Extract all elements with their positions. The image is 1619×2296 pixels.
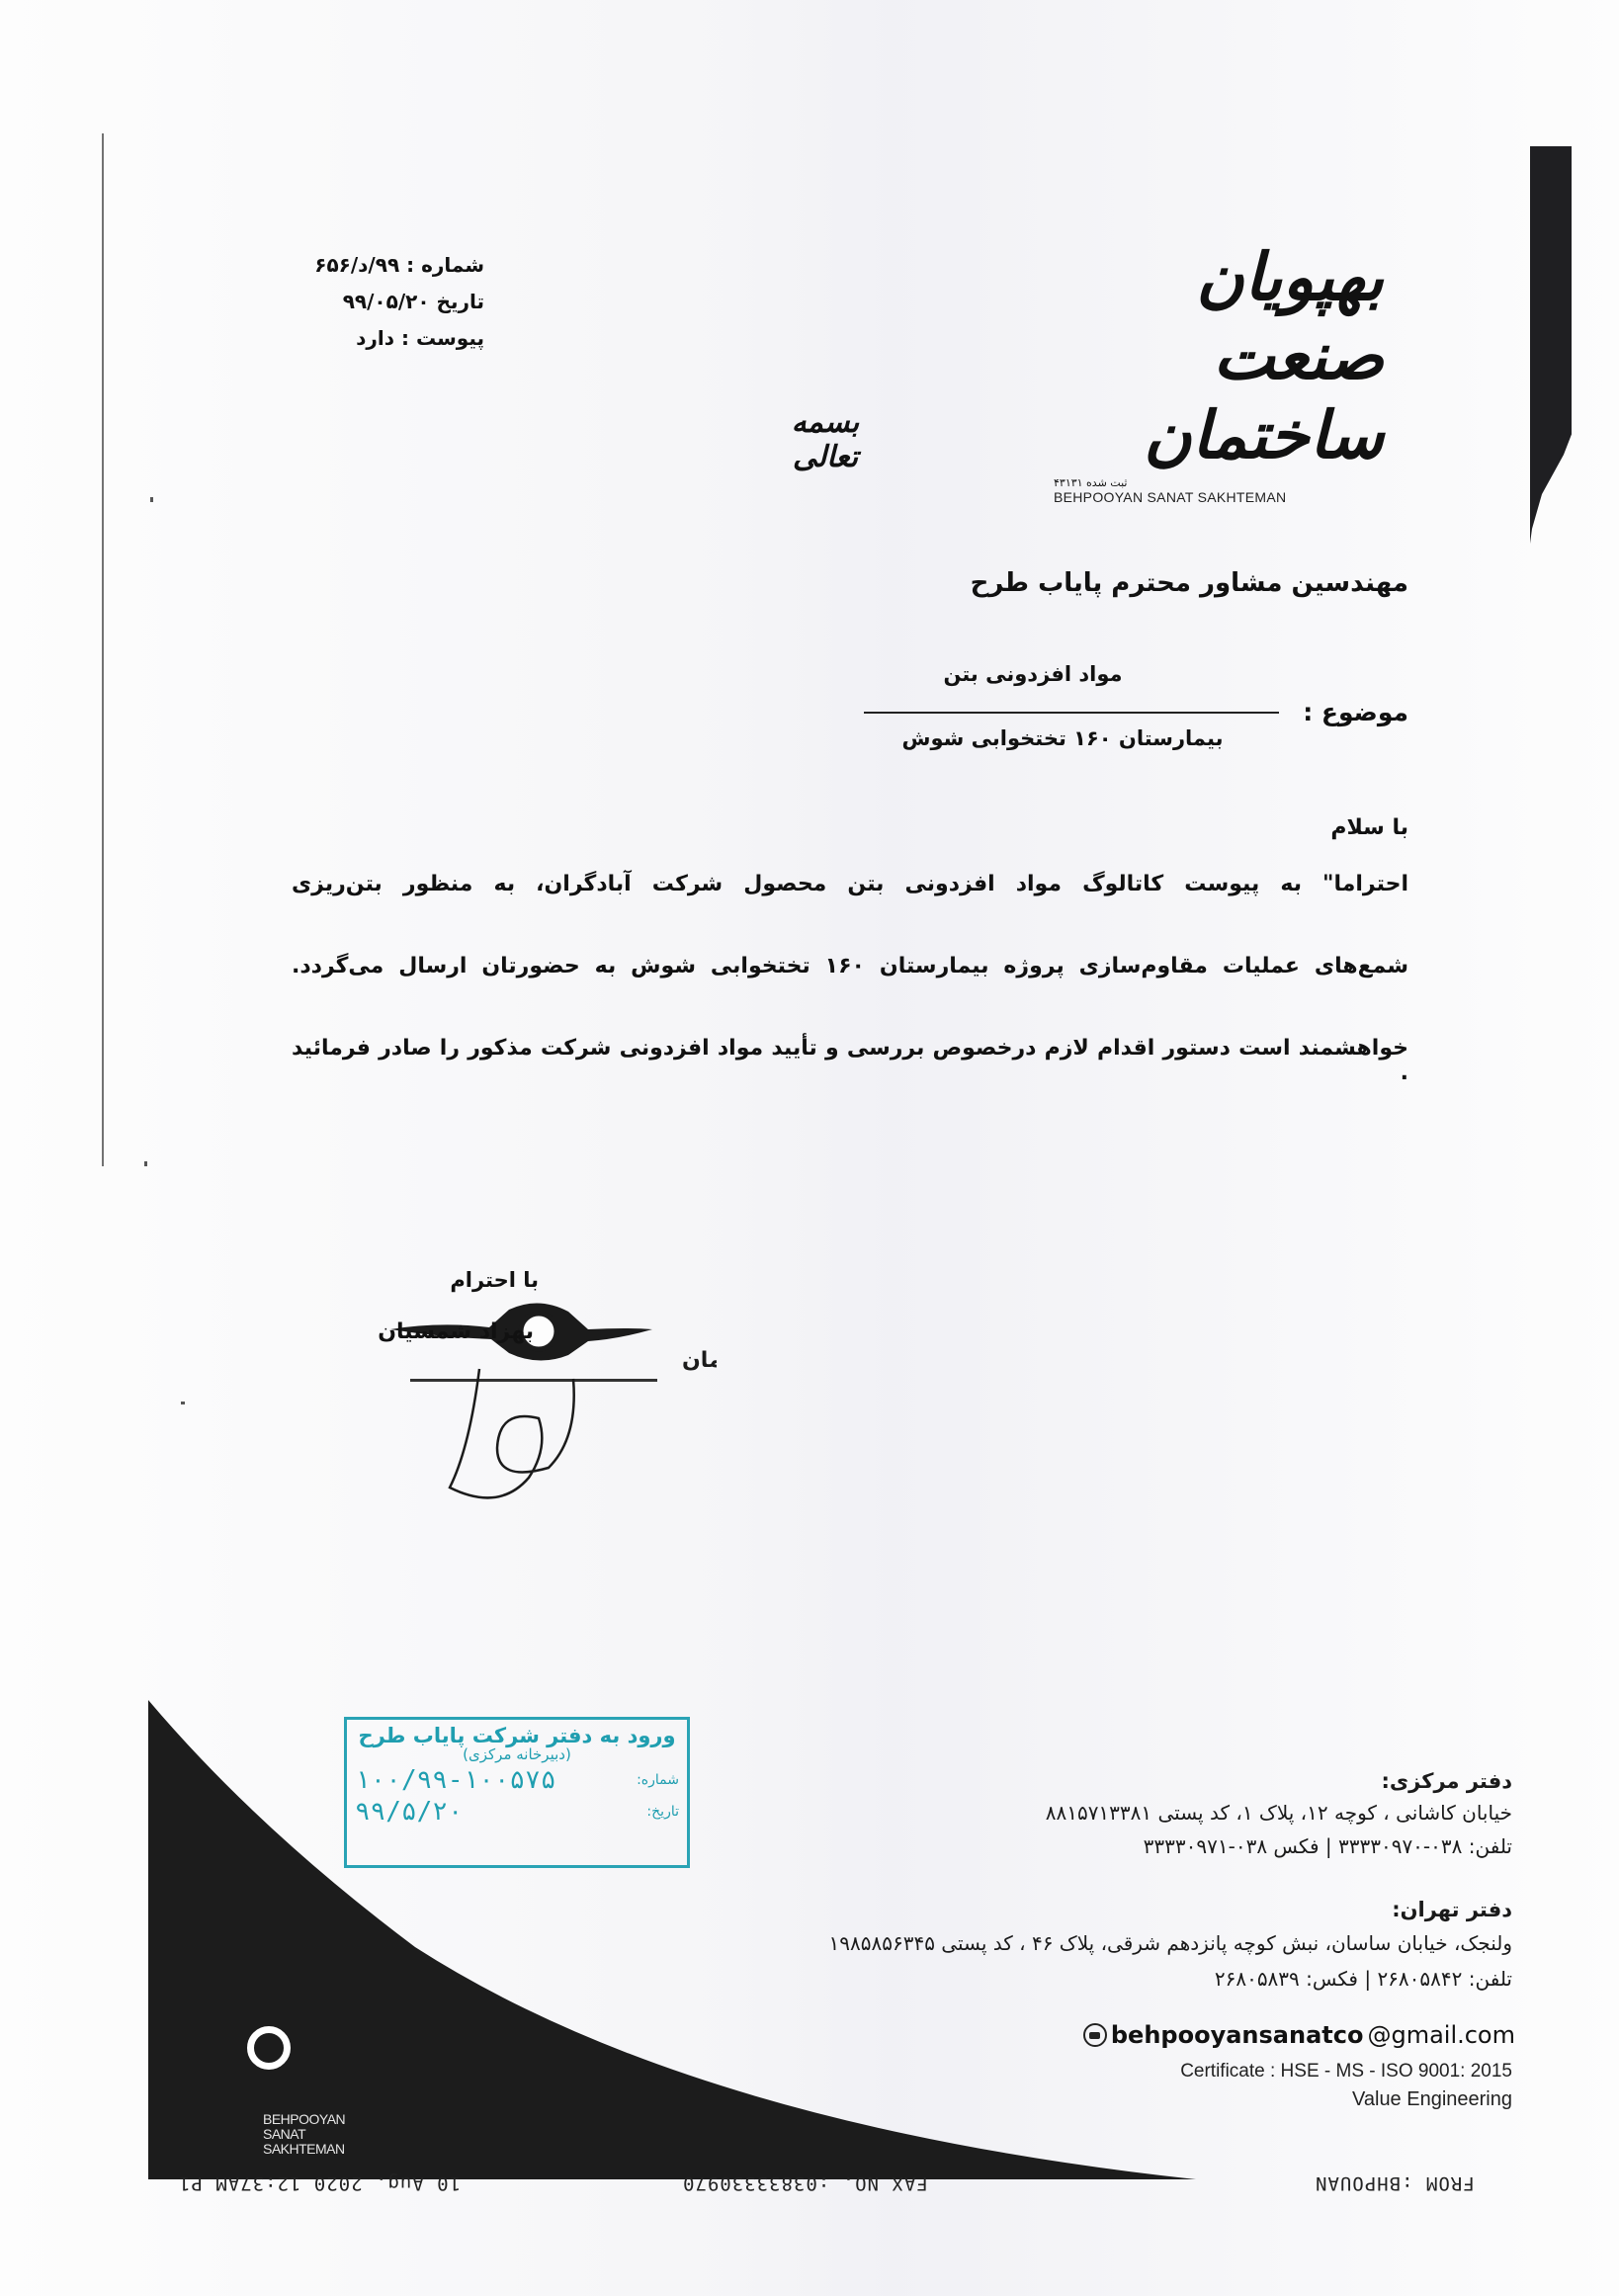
head-office-title: دفتر مرکزی: (1382, 1769, 1512, 1793)
footer-logo-line-2: SANAT (263, 2127, 345, 2142)
stamp-date-value: ۹۹/۵/۲۰ (355, 1797, 464, 1827)
tehran-office-address: ولنجک، خیابان ساسان، نبش کوچه پانزدهم شر… (829, 1931, 1512, 1955)
head-office-phone: تلفن: ۰۳۸-۳۳۳۳۰۹۷۰ | فکس ۰۳۸-۳۳۳۳۰۹۷۱ (1144, 1834, 1512, 1858)
fax-number: FAX NO. :03833330970 (682, 2172, 928, 2194)
stamp-title: ورود به دفتر شرکت پایاب طرح (355, 1724, 679, 1747)
footer-logo-line-3: SAKHTEMAN (263, 2142, 345, 2157)
tehran-office-phone: تلفن: ۲۶۸۰۵۸۴۲ | فکس: ۲۶۸۰۵۸۳۹ (1215, 1967, 1512, 1991)
footer-logo-text: BEHPOOYAN SANAT SAKHTEMAN (263, 2112, 345, 2157)
stamp-date-row: تاریخ: ۹۹/۵/۲۰ (355, 1797, 679, 1827)
fax-from: FROM :BHPOUAN (1315, 2172, 1475, 2194)
email-icon (1083, 2023, 1107, 2047)
fax-datetime: 10 Aug. 2020 12:37AM P1 (178, 2172, 461, 2194)
stamp-number-row: شماره: ۱۰۰/۹۹-۱۰۰۵۷۵ (355, 1765, 679, 1795)
tehran-office-title: دفتر تهران: (1392, 1898, 1512, 1921)
receipt-stamp: ورود به دفتر شرکت پایاب طرح (دبیرخانه مر… (344, 1717, 690, 1868)
stamp-number-label: شماره: (637, 1772, 679, 1788)
email-user: behpooyansanatco (1111, 2021, 1364, 2049)
tagline-text: Value Engineering (1352, 2088, 1512, 2111)
head-office-address: خیابان کاشانی ، کوچه ۱۲، پلاک ۱، کد پستی… (1046, 1801, 1512, 1825)
footer-logo-line-1: BEHPOOYAN (263, 2112, 345, 2127)
footer-logo-ring-icon (247, 2026, 291, 2070)
stamp-number-value: ۱۰۰/۹۹-۱۰۰۵۷۵ (355, 1765, 556, 1795)
stamp-subtitle: (دبیرخانه مرکزی) (355, 1745, 679, 1763)
email-address[interactable]: behpooyansanatco@gmail.com (1083, 2021, 1515, 2049)
email-domain: @gmail.com (1367, 2021, 1515, 2049)
stamp-date-label: تاریخ: (646, 1804, 679, 1820)
certificate-text: Certificate : HSE - MS - ISO 9001: 2015 (1180, 2061, 1512, 2083)
